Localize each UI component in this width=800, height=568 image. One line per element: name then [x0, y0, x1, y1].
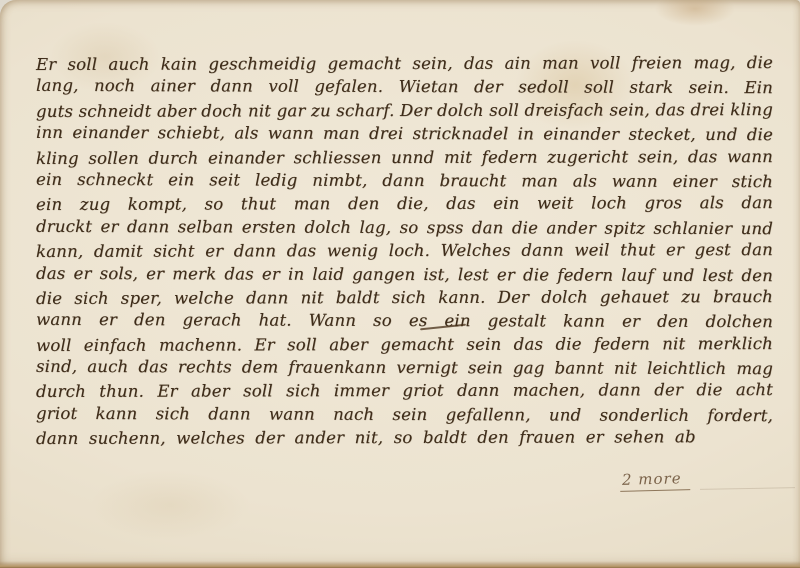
manuscript-line: inn einander schiebt, als wann man drei …: [36, 123, 773, 149]
paper-stain: [90, 470, 250, 540]
manuscript-line: druckt er dann selban ersten dolch lag, …: [36, 217, 773, 243]
manuscript-line: die sich sper, welche dann nit baldt sic…: [36, 287, 773, 312]
manuscript-line: griot kann sich dann wann nach sein gefa…: [36, 404, 773, 430]
manuscript-line: sind, auch das rechts dem frauenkann ver…: [36, 357, 773, 383]
manuscript-line: kann, damit sicht er dann das wenig loch…: [36, 240, 773, 265]
manuscript-line: guts schneidt aber doch nit gar zu schar…: [36, 100, 773, 125]
paper-fox-spot: [655, 0, 735, 26]
manuscript-page: Er soll auch kain geschmeidig gemacht se…: [0, 0, 800, 568]
manuscript-line: ein zug kompt, so thut man den die, das …: [36, 193, 773, 218]
photo-of-manuscript: Er soll auch kain geschmeidig gemacht se…: [0, 0, 800, 568]
faint-scratch-line: [700, 487, 795, 490]
manuscript-line: kling sollen durch einander schliessen u…: [36, 147, 773, 172]
page-bottom-edge: [0, 561, 800, 568]
manuscript-line: Er soll auch kain geschmeidig gemacht se…: [36, 53, 773, 78]
manuscript-line: dann suchenn, welches der ander nit, so …: [36, 427, 773, 452]
handwritten-text-block: Er soll auch kain geschmeidig gemacht se…: [36, 54, 773, 452]
manuscript-line: das er sols, er merk das er in laid gang…: [36, 263, 773, 289]
manuscript-line: ein schneckt ein seit ledig nimbt, dann …: [36, 170, 773, 196]
page-annotation: 2 more: [620, 469, 690, 492]
manuscript-line: wann er den gerach hat. Wann so es ein g…: [36, 310, 773, 336]
manuscript-line: lang, noch ainer dann voll gefalen. Wiet…: [36, 76, 773, 102]
manuscript-line: durch thun. Er aber soll sich immer grio…: [36, 381, 773, 406]
manuscript-line: woll einfach machenn. Er soll aber gemac…: [36, 334, 773, 359]
